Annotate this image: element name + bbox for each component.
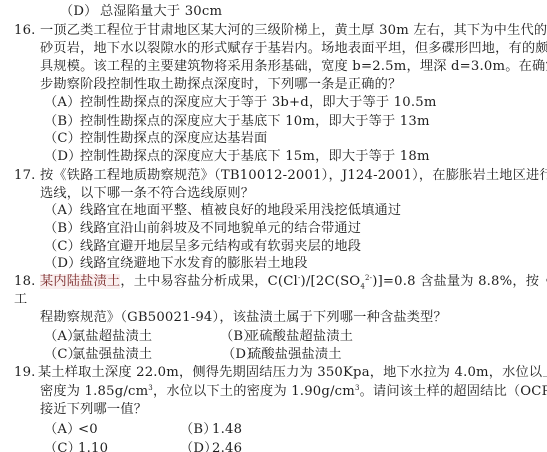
question-text: 砂页岩，地下水以裂隙水的形式赋存于基岩内。场地表面平坦，但多碟形凹地，有的颇 [40, 40, 547, 58]
option-text: 1.10 [78, 440, 108, 452]
question-number: 16. [14, 22, 36, 40]
option-text: 2.46 [212, 440, 242, 452]
option-text: 亚硫酸盐超盐渍土 [246, 328, 353, 346]
question-number: 19. [14, 364, 36, 382]
question-text: 接近下列哪一值？ [40, 401, 147, 419]
option-text: 氯盐强盐渍土 [72, 346, 152, 364]
option-label: （C） [44, 238, 81, 256]
question-number: 18. [14, 273, 36, 291]
question-text: 程勘察规范》（GB50021-94），该盐渍土属于下列哪一种含盐类型？ [40, 309, 447, 327]
option-text: 1.48 [212, 421, 242, 439]
subscript: 4 [360, 283, 365, 291]
option-label: （A） [44, 421, 81, 439]
option-label: （C） [44, 440, 81, 452]
question-text-part: 密度为 1.85g/cm [40, 384, 148, 399]
question-text: 步勘察阶段控制性取土勘探点深度时，下列哪一条是正确的？ [40, 76, 401, 94]
question-text: 密度为 1.85g/cm3，水位以下土的密度为 1.90g/cm3。请问该土样的… [40, 383, 547, 401]
option-label: （B） [44, 220, 81, 238]
question-text: 某土样取土深度 22.0m，侧得先期固结压力为 350Kpa，地下水拉为 4.0… [38, 364, 547, 382]
question-text-part: 。请问该土样的超固结比（OCR）最 [360, 384, 547, 399]
option-label: （B） [44, 113, 81, 131]
question-text: 某内陆盐渍土，土中易容盐分析成果，C(Cl-)/[2C(SO42-)]=0.8 … [40, 273, 547, 296]
option-label: （C） [44, 130, 81, 148]
question-text: 工 [14, 291, 27, 309]
option-text: 控制性勘探点的深度应大于等于 3b+d，即大于等于 10.5m [80, 94, 437, 112]
option-text: 线路宜避开地层呈多元结构或有软弱夹层的地段 [80, 238, 361, 256]
option-text: 线路宜绕避地下水发育的膨胀岩土地段 [80, 255, 308, 273]
option-label: （A） [44, 94, 81, 112]
option-label: （D） [44, 255, 82, 273]
option-label: （D） [60, 3, 98, 21]
option-text: 线路宜沿山前斜坡及不同地貌单元的结合带通过 [80, 220, 361, 238]
question-text-part: )]=0.8 含盐量为 8.8%，按《岩石 [372, 274, 547, 289]
option-text: 控制性勘探点的深度应大于基底下 10m，即大于等于 13m [80, 113, 430, 131]
question-number: 17. [14, 167, 36, 185]
option-text: <0 [78, 421, 98, 439]
question-text-part: )/[2C(SO [301, 274, 361, 289]
question-text: 选线，以下哪一条不符合选线原则？ [40, 185, 254, 203]
option-text: 氯盐超盐渍土 [72, 328, 152, 346]
option-text: 总湿陷量大于 30cm [100, 3, 222, 21]
option-label: （A） [44, 202, 81, 220]
question-text: 按《铁路工程地质勘察规范》（TB10012-2001），J124-2001），在… [40, 167, 547, 185]
question-text-part: ，土中易容盐分析成果，C(Cl [120, 274, 298, 289]
option-label: （D） [44, 148, 82, 166]
option-text: 硫酸盐强盐渍土 [248, 346, 342, 364]
option-text: 控制性勘探点的深度应达基岩面 [80, 130, 267, 148]
option-text: 线路宜在地面平整、植被良好的地段采用浅挖低填通过 [80, 202, 401, 220]
option-text: 控制性勘探点的深度应大于基底下 15m，即大于等于 18m [80, 148, 430, 166]
question-text-part: ，水位以下土的密度为 1.90g/cm [153, 384, 355, 399]
question-text: 具规模。该工程的主要建筑物将采用条形基础，宽度 b=2.5m，埋深 d=3.0m… [40, 58, 547, 76]
question-text: 一顶乙类工程位于甘肃地区某大河的三级阶梯上，黄土厚 30m 左右，其下为中生代的 [40, 22, 547, 40]
highlighted-text: 某内陆盐渍土 [40, 274, 120, 289]
